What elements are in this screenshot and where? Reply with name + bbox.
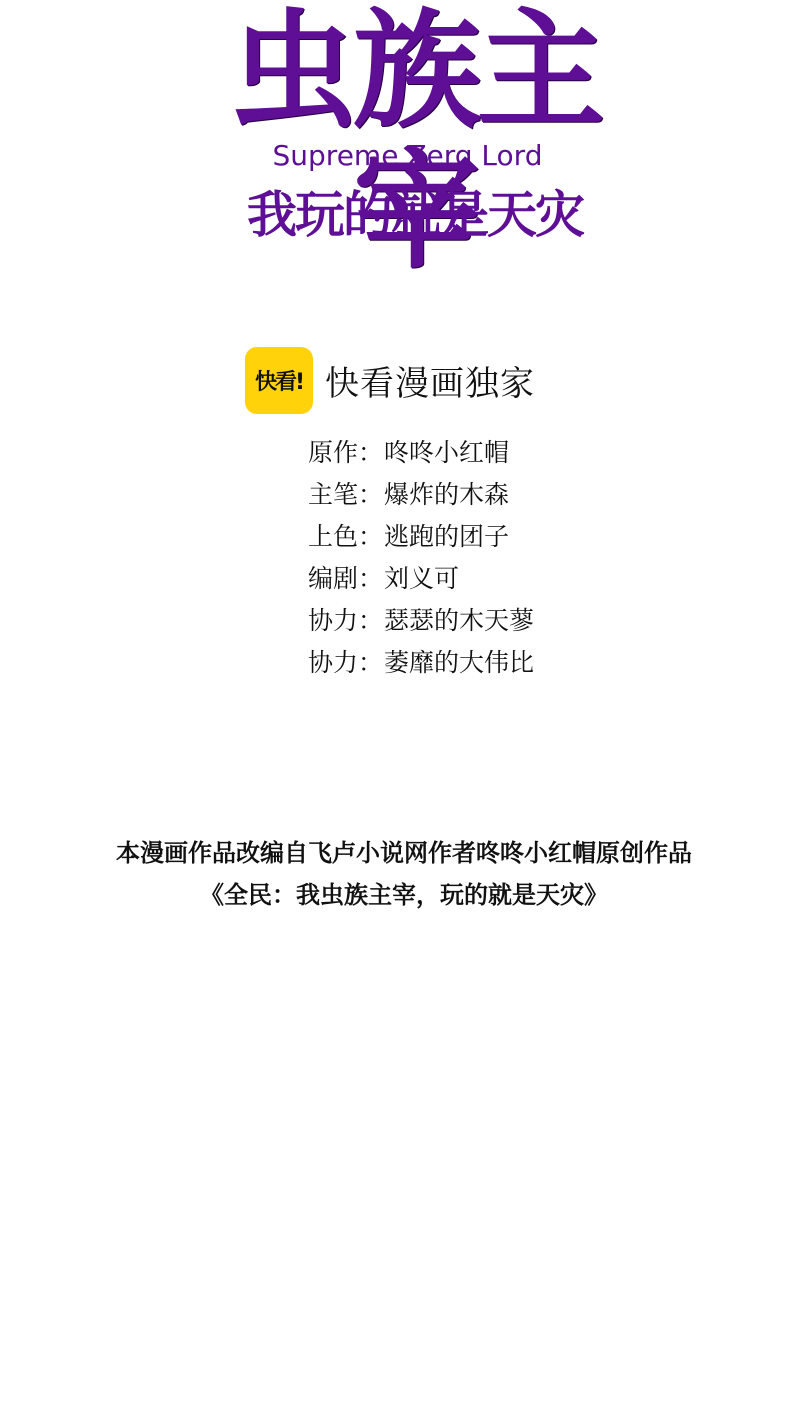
comic-title-english: Supreme Zerg Lord [0, 138, 800, 174]
credit-name: 萎靡的大伟比 [384, 642, 534, 684]
credit-name: 瑟瑟的木天蓼 [384, 600, 534, 642]
source-line-2: 《全民：我虫族主宰，玩的就是天灾》 [0, 874, 800, 916]
credit-row: 协力： 瑟瑟的木天蓼 [308, 600, 534, 642]
credit-row: 主笔： 爆炸的木森 [308, 474, 534, 516]
credit-name: 咚咚小红帽 [384, 432, 509, 474]
credit-row: 上色： 逃跑的团子 [308, 516, 534, 558]
credit-role: 协力： [308, 642, 384, 684]
credit-role: 主笔： [308, 474, 384, 516]
credit-role: 编剧： [308, 558, 384, 600]
credit-row: 编剧： 刘义可 [308, 558, 534, 600]
source-notice: 本漫画作品改编自飞卢小说网作者咚咚小红帽原创作品 《全民：我虫族主宰，玩的就是天… [0, 832, 800, 916]
source-line-1: 本漫画作品改编自飞卢小说网作者咚咚小红帽原创作品 [0, 832, 800, 874]
credit-role: 原作： [308, 432, 384, 474]
credit-role: 协力： [308, 600, 384, 642]
comic-subtitle: 我玩的就是天灾 [0, 185, 800, 245]
credit-role: 上色： [308, 516, 384, 558]
credit-row: 协力： 萎靡的大伟比 [308, 642, 534, 684]
credit-name: 爆炸的木森 [384, 474, 509, 516]
publisher-brand: 快看! 快看漫画独家 [245, 347, 535, 414]
credit-name: 逃跑的团子 [384, 516, 509, 558]
kuaikan-logo-icon: 快看! [245, 347, 313, 414]
credits-list: 原作： 咚咚小红帽 主笔： 爆炸的木森 上色： 逃跑的团子 编剧： 刘义可 协力… [308, 432, 534, 684]
credit-name: 刘义可 [384, 558, 459, 600]
credit-row: 原作： 咚咚小红帽 [308, 432, 534, 474]
publisher-label: 快看漫画独家 [325, 356, 535, 405]
